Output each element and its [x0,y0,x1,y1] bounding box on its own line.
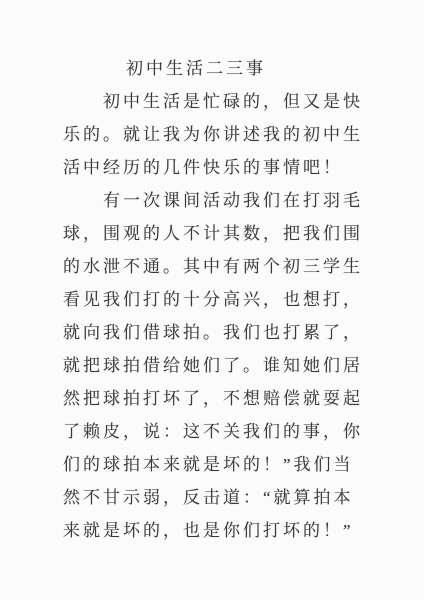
essay-title: 初中生活二三事 [63,52,368,85]
essay-text-block: 初中生活二三事 初中生活是忙碌的，但又是快乐的。就让我为你讲述我的初中生活中经历… [63,52,368,547]
essay-line: 然不甘示弱，反击道：“就算拍本 [63,481,368,514]
essay-line: 初中生活是忙碌的，但又是快 [63,85,368,118]
essay-line: 乐的。就让我为你讲述我的初中生 [63,118,368,151]
essay-line: 们的球拍本来就是坏的！”我们当 [63,448,368,481]
essay-body: 初中生活是忙碌的，但又是快乐的。就让我为你讲述我的初中生活中经历的几件快乐的事情… [63,85,368,547]
essay-line: 然把球拍打坏了，不想赔偿就耍起 [63,382,368,415]
essay-line: 就把球拍借给她们了。谁知她们居 [63,349,368,382]
essay-line: 来就是坏的，也是你们打坏的！” [63,514,368,547]
essay-line: 的水泄不通。其中有两个初三学生 [63,250,368,283]
essay-line: 有一次课间活动我们在打羽毛 [63,184,368,217]
essay-line: 看见我们打的十分高兴，也想打， [63,283,368,316]
essay-line: 就向我们借球拍。我们也打累了， [63,316,368,349]
essay-line: 球，围观的人不计其数，把我们围 [63,217,368,250]
scanned-essay-page: 初中生活二三事 初中生活是忙碌的，但又是快乐的。就让我为你讲述我的初中生活中经历… [0,0,424,600]
essay-line: 活中经历的几件快乐的事情吧！ [63,151,368,184]
essay-line: 了赖皮，说：这不关我们的事，你 [63,415,368,448]
